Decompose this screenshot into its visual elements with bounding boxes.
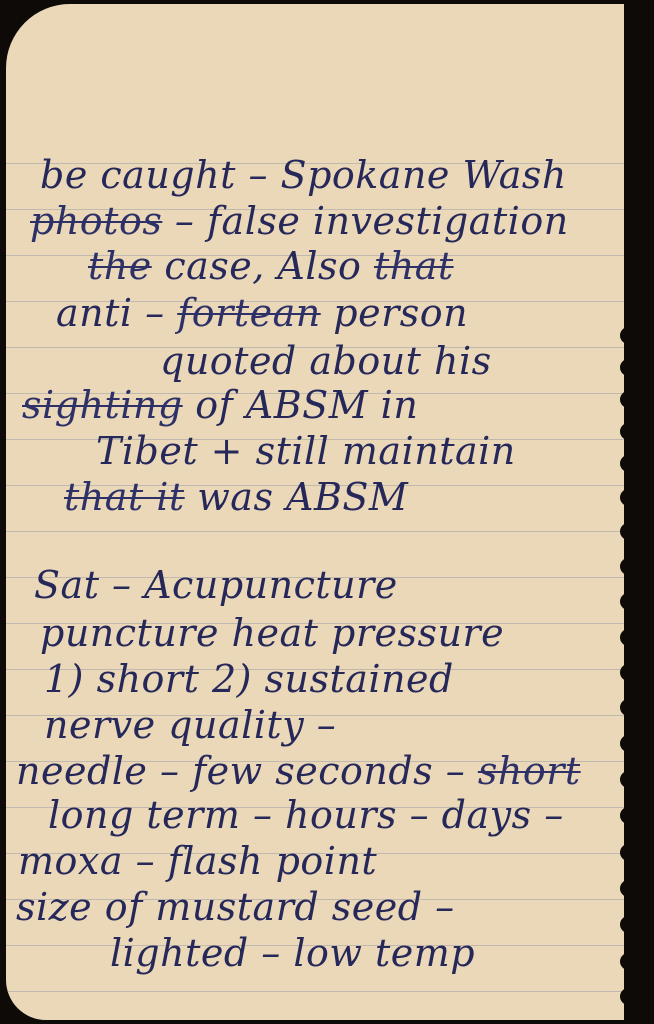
- handwritten-line: be caught – Spokane Wash: [40, 152, 567, 198]
- struck-text: fortean: [177, 291, 321, 335]
- perforation-hole: [620, 523, 624, 540]
- handwritten-line: the case, Also that: [88, 243, 454, 289]
- perforation-hole: [620, 664, 624, 681]
- handwritten-line: anti – fortean person: [56, 290, 468, 336]
- struck-text: short: [478, 749, 581, 793]
- handwritten-text: – false investigation: [162, 199, 568, 243]
- handwritten-text: size of mustard seed –: [16, 885, 455, 929]
- perforation-hole: [620, 391, 624, 408]
- handwritten-text: of ABSM in: [183, 383, 419, 427]
- handwritten-text: anti –: [56, 291, 177, 335]
- perforation-hole: [620, 593, 624, 610]
- ruled-line: [6, 531, 624, 532]
- handwritten-text: puncture heat pressure: [40, 611, 504, 655]
- handwritten-text: 1) short 2) sustained: [44, 657, 454, 701]
- handwritten-text: was ABSM: [185, 475, 409, 519]
- perforation-hole: [620, 771, 624, 788]
- handwritten-line: sighting of ABSM in: [22, 382, 418, 428]
- handwritten-text: moxa – flash point: [18, 839, 377, 883]
- perforation-hole: [620, 327, 624, 344]
- perforation-hole: [620, 699, 624, 716]
- handwritten-text: nerve quality –: [44, 703, 336, 747]
- handwritten-text: Sat – Acupuncture: [34, 563, 398, 607]
- handwritten-line: puncture heat pressure: [40, 610, 504, 656]
- perforation-hole: [620, 880, 624, 897]
- perforation-hole: [620, 735, 624, 752]
- notebook-page: be caught – Spokane Washphotos – false i…: [6, 4, 624, 1020]
- handwritten-line: long term – hours – days –: [48, 792, 564, 838]
- handwritten-text: be caught – Spokane Wash: [40, 153, 567, 197]
- handwritten-line: needle – few seconds – short: [16, 748, 581, 794]
- perforation-hole: [620, 629, 624, 646]
- handwritten-line: that it was ABSM: [64, 474, 408, 520]
- handwritten-text: long term – hours – days –: [48, 793, 564, 837]
- handwritten-text: + still maintain: [198, 429, 516, 473]
- perforation-hole: [620, 988, 624, 1005]
- handwritten-line: Sat – Acupuncture: [34, 562, 398, 608]
- handwritten-text: needle – few seconds –: [16, 749, 478, 793]
- handwritten-text: case, Also: [152, 244, 374, 288]
- perforation-hole: [620, 844, 624, 861]
- handwritten-text: person: [321, 291, 468, 335]
- handwritten-line: quoted about his: [160, 338, 492, 384]
- handwritten-text: lighted – low temp: [110, 931, 475, 975]
- perforation-hole: [620, 423, 624, 440]
- handwritten-line: nerve quality –: [44, 702, 336, 748]
- struck-text: that: [374, 244, 454, 288]
- handwritten-line: photos – false investigation: [30, 198, 569, 244]
- perforation-hole: [620, 558, 624, 575]
- struck-text: that it: [64, 475, 185, 519]
- struck-text: photos: [30, 199, 162, 243]
- perforation-hole: [620, 455, 624, 472]
- perforation-hole: [620, 359, 624, 376]
- handwritten-text: Tibet: [96, 429, 198, 473]
- handwritten-line: moxa – flash point: [18, 838, 377, 884]
- struck-text: the: [88, 244, 152, 288]
- handwritten-line: lighted – low temp: [110, 930, 475, 976]
- handwritten-text: quoted about his: [160, 339, 492, 383]
- handwritten-line: size of mustard seed –: [16, 884, 455, 930]
- ruled-line: [6, 991, 624, 992]
- perforation-hole: [620, 489, 624, 506]
- handwritten-line: Tibet + still maintain: [96, 428, 516, 474]
- handwritten-line: 1) short 2) sustained: [44, 656, 454, 702]
- perforation-hole: [620, 953, 624, 970]
- perforation-hole: [620, 807, 624, 824]
- perforation-hole: [620, 916, 624, 933]
- struck-text: sighting: [22, 383, 183, 427]
